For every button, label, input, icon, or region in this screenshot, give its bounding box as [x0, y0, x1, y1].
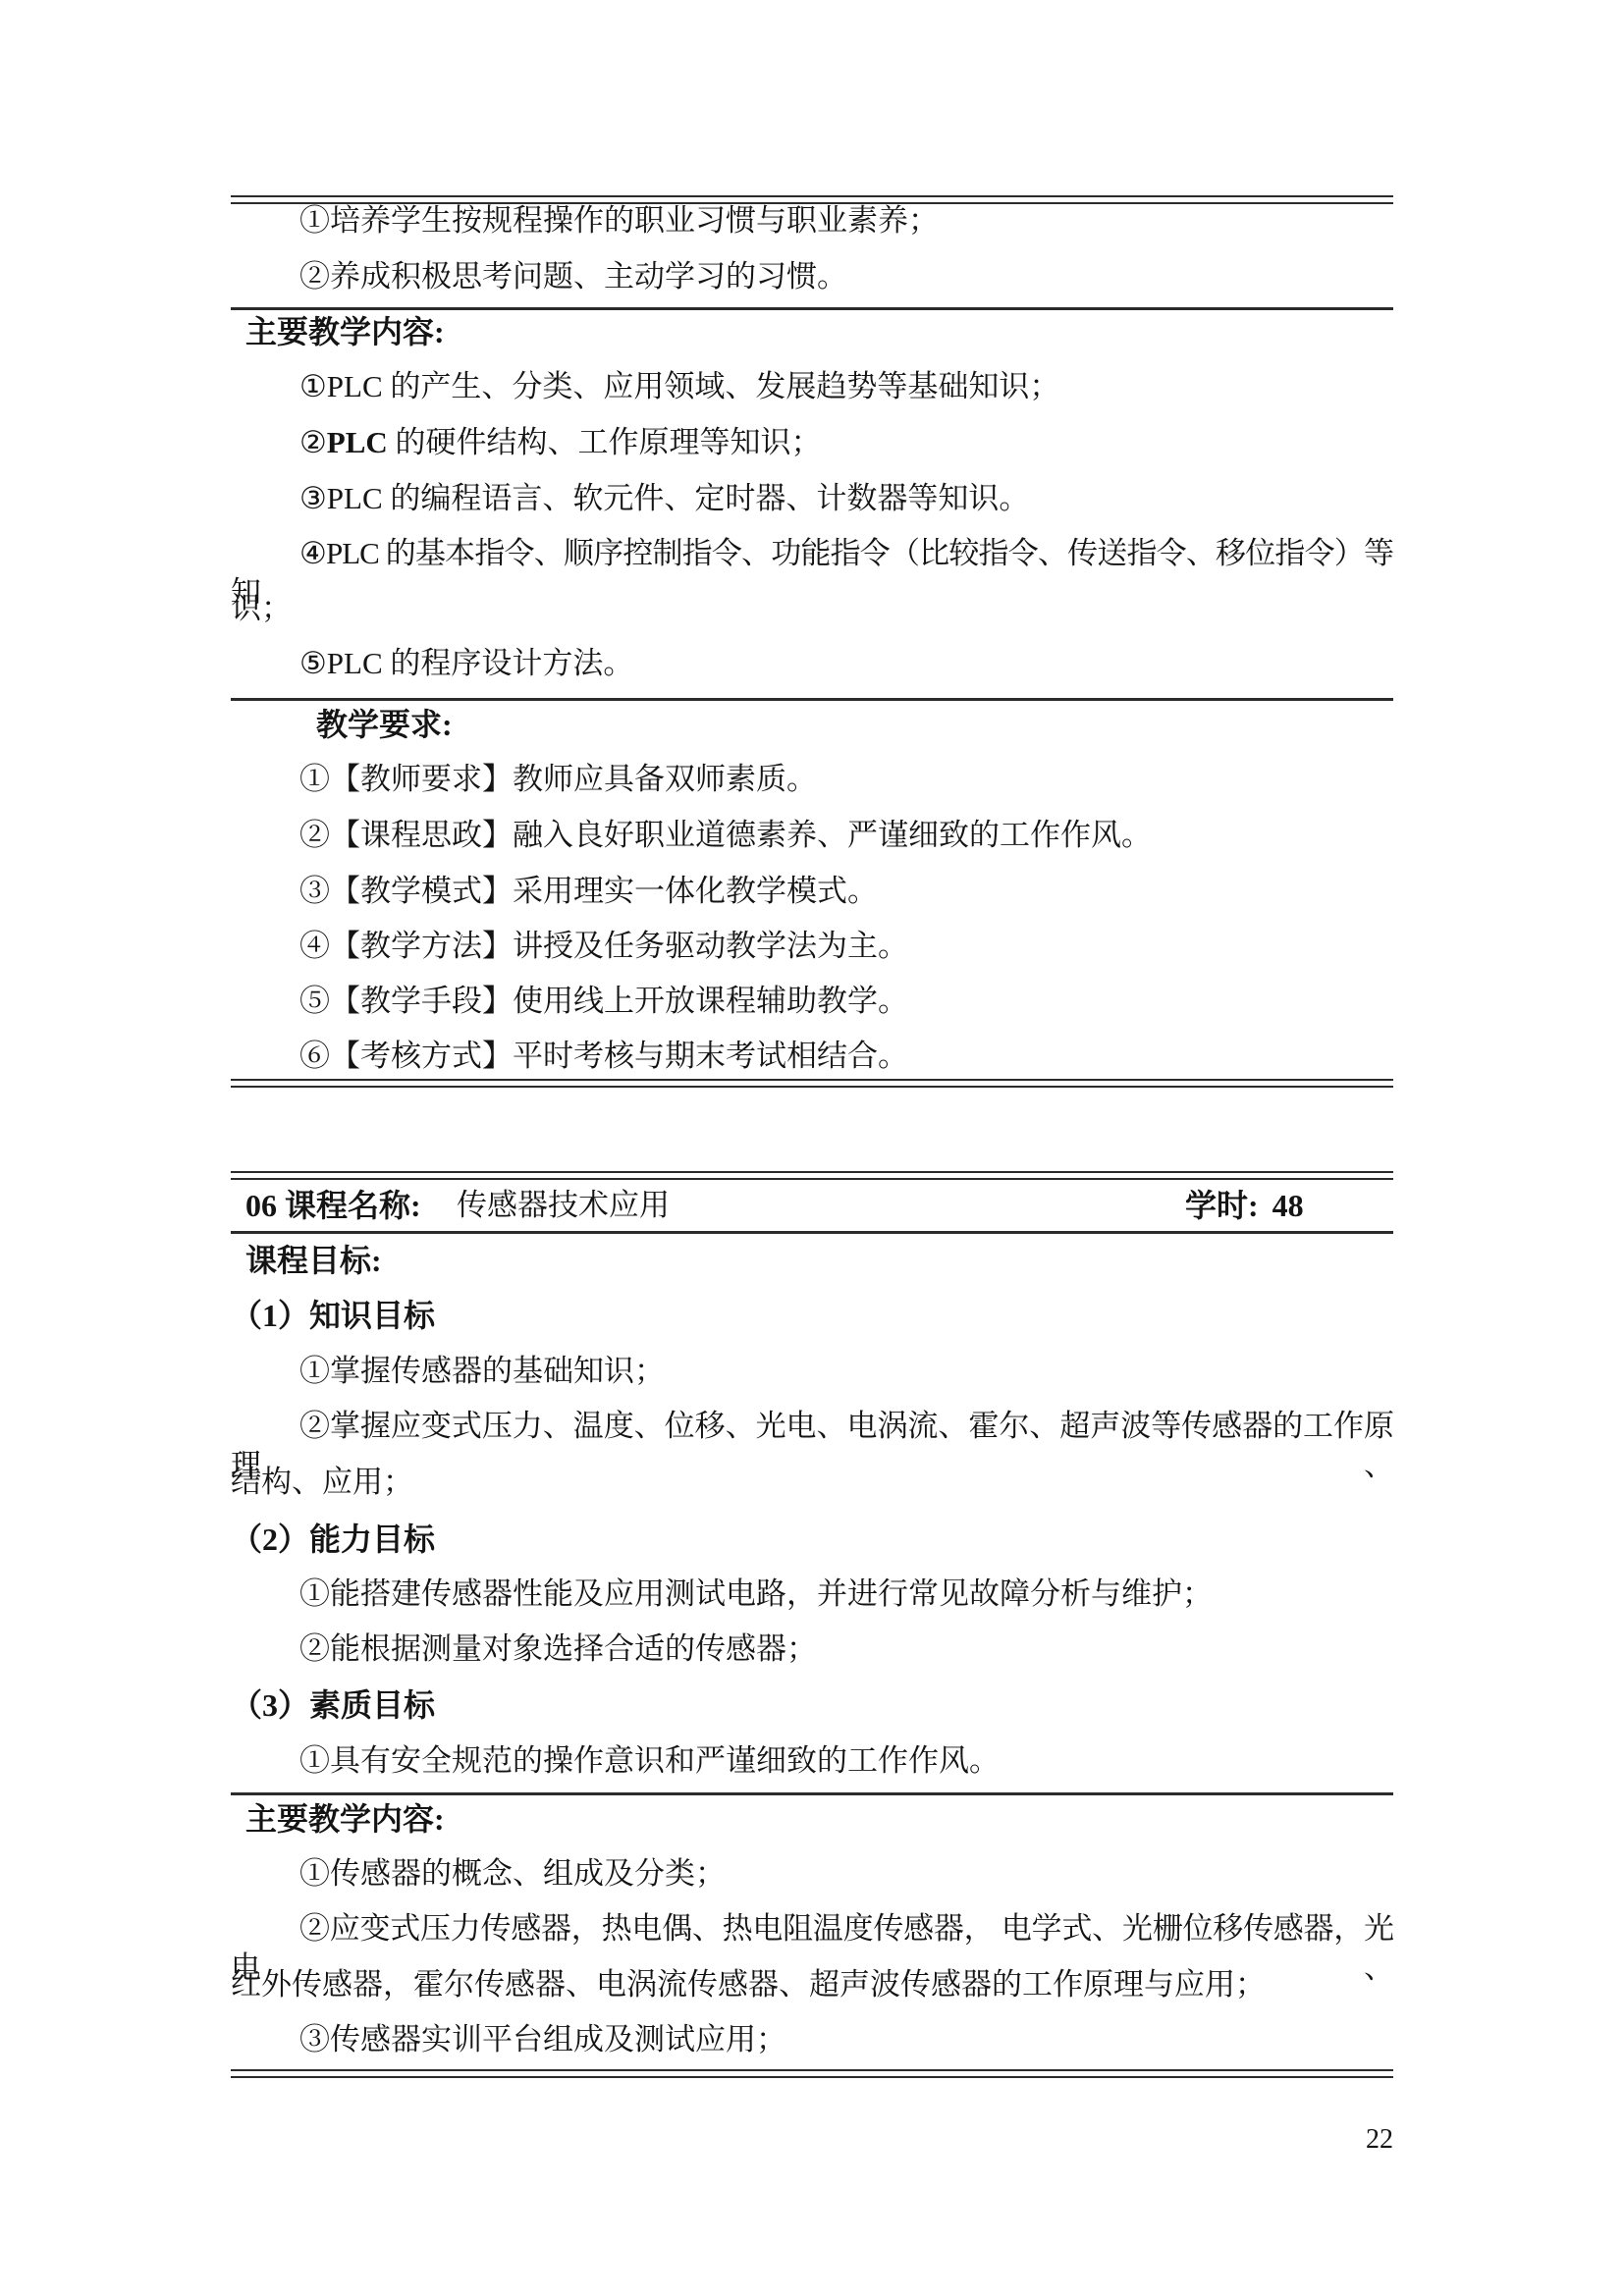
hours-value: 48 [1272, 1188, 1304, 1223]
course-name: 传感器技术应用 [457, 1186, 670, 1225]
knowledge-goal-item: ①掌握传感器的基础知识； [231, 1352, 1393, 1391]
requirement-item: ④【教学方法】讲授及任务驱动教学法为主。 [231, 927, 1393, 966]
ability-goal-title: （2）能力目标 [231, 1520, 1393, 1559]
course-header-row: 06 课程名称: 传感器技术应用 学时:48 [231, 1186, 1393, 1229]
requirement-item: ②【课程思政】融入良好职业道德素养、严谨细致的工作作风。 [231, 816, 1393, 855]
course-hours: 学时:48 [1185, 1186, 1304, 1225]
course-header-bottom-rule [231, 1231, 1393, 1234]
quality-goal-item: ②养成积极思考问题、主动学习的习惯。 [231, 257, 1393, 296]
section-end-double-rule [231, 1079, 1393, 1088]
ability-goal-item: ①能搭建传感器性能及应用测试电路，并进行常见故障分析与维护； [231, 1575, 1393, 1614]
quality-goal-item: ①具有安全规范的操作意识和严谨细致的工作作风。 [231, 1741, 1393, 1781]
requirements-section-rule [231, 698, 1393, 701]
knowledge-goal-item-wrapped-line2: 结构、应用； [231, 1463, 1393, 1502]
content-item: ①PLC 的产生、分类、应用领域、发展趋势等基础知识； [231, 367, 1393, 406]
course06-content-item: ③传感器实训平台组成及测试应用； [231, 2020, 1393, 2059]
ability-goal-item: ②能根据测量对象选择合适的传感器； [231, 1629, 1393, 1669]
course06-content-item: ①传感器的概念、组成及分类； [231, 1854, 1393, 1894]
item-text: 的硬件结构、工作原理等知识； [388, 425, 822, 459]
course06-content-rule [231, 1792, 1393, 1795]
document-page: ①培养学生按规程操作的职业习惯与职业素养； ②养成积极思考问题、主动学习的习惯。… [0, 0, 1624, 2296]
quality-goal-title: （3）素质目标 [231, 1685, 1393, 1725]
requirement-item: ①【教师要求】教师应具备双师素质。 [231, 760, 1393, 799]
content-section-rule [231, 307, 1393, 310]
course-number-label: 06 课程名称: [245, 1186, 421, 1225]
hours-label: 学时: [1185, 1188, 1259, 1223]
knowledge-goal-title: （1）知识目标 [231, 1296, 1393, 1335]
item-marker: ② [299, 425, 327, 459]
course06-content-item-wrapped-line2: 红外传感器，霍尔传感器、电涡流传感器、超声波传感器的工作原理与应用； [231, 1965, 1393, 2004]
requirement-item: ⑤【教学手段】使用线上开放课程辅助教学。 [231, 982, 1393, 1021]
course06-top-double-rule [231, 1171, 1393, 1180]
plc-bold-text: PLC [327, 425, 388, 459]
main-content-heading: 主要教学内容: [231, 312, 1393, 351]
content-item: ③PLC 的编程语言、软元件、定时器、计数器等知识。 [231, 479, 1393, 518]
content-item: ⑤PLC 的程序设计方法。 [231, 644, 1393, 683]
page-bottom-double-rule [231, 2069, 1393, 2078]
requirement-item: ③【教学模式】采用理实一体化教学模式。 [231, 872, 1393, 911]
course-objectives-heading: 课程目标: [231, 1241, 1393, 1280]
page-number: 22 [231, 2123, 1393, 2157]
content-item: ②PLC 的硬件结构、工作原理等知识； [231, 423, 1393, 462]
quality-goal-item: ①培养学生按规程操作的职业习惯与职业素养； [231, 201, 1393, 240]
course06-content-heading: 主要教学内容: [231, 1799, 1393, 1839]
requirement-item: ⑥【考核方式】平时考核与期末考试相结合。 [231, 1037, 1393, 1076]
content-item-wrapped-line2: 识； [231, 589, 1393, 628]
teaching-requirements-heading: 教学要求: [231, 705, 1393, 744]
